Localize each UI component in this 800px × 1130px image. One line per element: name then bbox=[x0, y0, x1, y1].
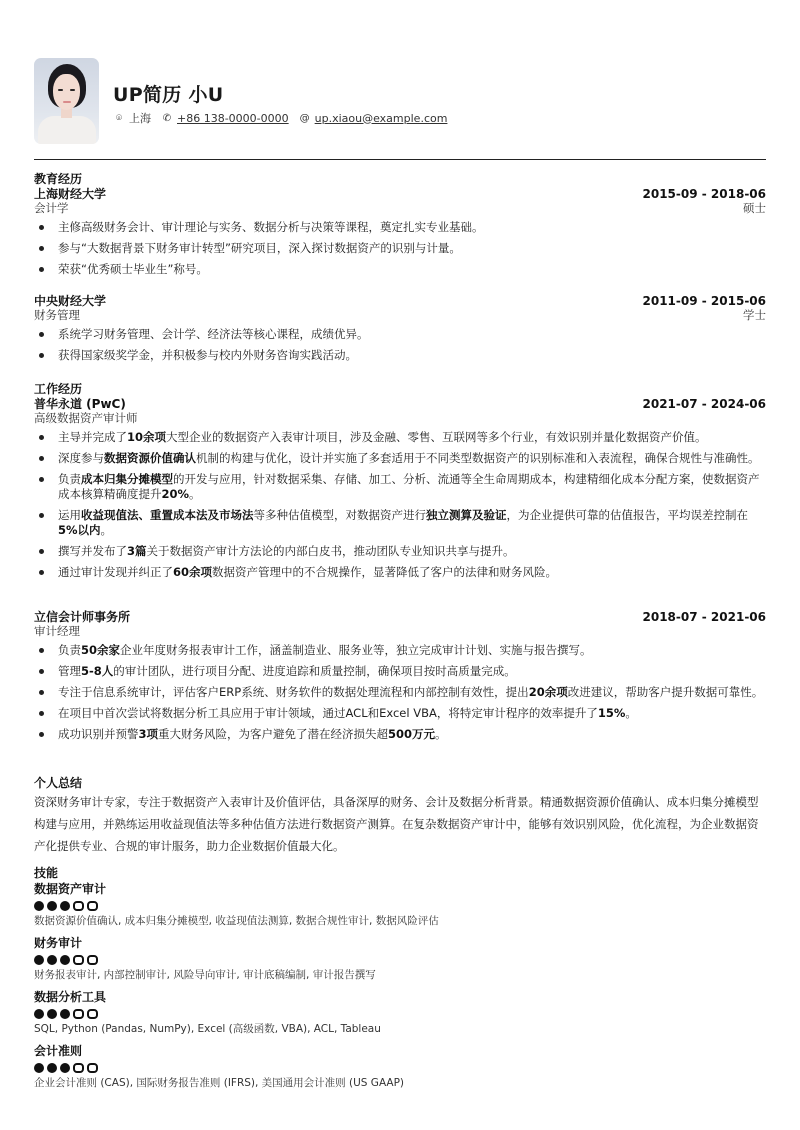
list-item: 负责成本归集分摊模型的开发与应用，针对数据采集、存储、加工、分析、流通等全生命周… bbox=[34, 472, 766, 502]
empty-dot-icon bbox=[87, 1009, 98, 1019]
resume-header: UP简历 小U ⌾ 上海 ✆ +86 138-0000-0000 @ up.xi… bbox=[34, 58, 766, 146]
list-item: 在项目中首次尝试将数据分析工具应用于审计领域，通过ACL和Excel VBA，将… bbox=[34, 706, 766, 721]
skill-level-rating bbox=[34, 955, 766, 965]
date-range: 2021-07 - 2024-06 bbox=[643, 397, 767, 411]
education-section: 教育经历 上海财经大学 2015-09 - 2018-06 会计学 硕士 主修高… bbox=[34, 172, 766, 283]
summary-section: 个人总结 资深财务审计专家，专注于数据资产入表审计及价值评估，具备深厚的财务、会… bbox=[34, 776, 766, 857]
skills-list: 数据资产审计数据资源价值确认, 成本归集分摊模型, 收益现值法测算, 数据合规性… bbox=[34, 881, 766, 1090]
empty-dot-icon bbox=[87, 901, 98, 911]
filled-dot-icon bbox=[60, 1063, 70, 1073]
skill-name: 会计准则 bbox=[34, 1043, 766, 1059]
section-title-summary: 个人总结 bbox=[34, 776, 766, 791]
list-item: 主导并完成了10余项大型企业的数据资产入表审计项目，涉及金融、零售、互联网等多个… bbox=[34, 430, 766, 445]
work-section: 工作经历 普华永道 (PwC) 2021-07 - 2024-06 高级数据资产… bbox=[34, 382, 766, 586]
filled-dot-icon bbox=[34, 1009, 44, 1019]
filled-dot-icon bbox=[60, 955, 70, 965]
list-item: 荣获“优秀硕士毕业生”称号。 bbox=[34, 262, 766, 277]
list-item: 获得国家级奖学金，并积极参与校内外财务咨询实践活动。 bbox=[34, 348, 766, 363]
skill-level-rating bbox=[34, 1009, 766, 1019]
job-title: 高级数据资产审计师 bbox=[34, 411, 138, 426]
education-entry: 中央财经大学 2011-09 - 2015-06 财务管理 学士 系统学习财务管… bbox=[34, 294, 766, 369]
section-title-education: 教育经历 bbox=[34, 172, 766, 187]
skill-name: 财务审计 bbox=[34, 935, 766, 951]
profile-photo bbox=[34, 58, 99, 144]
skills-section: 技能 数据资产审计数据资源价值确认, 成本归集分摊模型, 收益现值法测算, 数据… bbox=[34, 866, 766, 1097]
filled-dot-icon bbox=[60, 901, 70, 911]
school-name: 中央财经大学 bbox=[34, 294, 106, 308]
location-text: 上海 bbox=[129, 110, 151, 126]
filled-dot-icon bbox=[34, 955, 44, 965]
work-bullets: 负责50余家企业年度财务报表审计工作，涵盖制造业、服务业等，独立完成审计计划、实… bbox=[34, 643, 766, 742]
skill-description: SQL, Python (Pandas, NumPy), Excel (高级函数… bbox=[34, 1022, 766, 1036]
major: 会计学 bbox=[34, 201, 69, 216]
section-title-skills: 技能 bbox=[34, 866, 766, 881]
skill-name: 数据分析工具 bbox=[34, 989, 766, 1005]
empty-dot-icon bbox=[73, 1009, 84, 1019]
skill-item: 数据分析工具SQL, Python (Pandas, NumPy), Excel… bbox=[34, 989, 766, 1036]
skill-description: 财务报表审计, 内部控制审计, 风险导向审计, 审计底稿编制, 审计报告撰写 bbox=[34, 968, 766, 982]
empty-dot-icon bbox=[87, 955, 98, 965]
filled-dot-icon bbox=[47, 901, 57, 911]
list-item: 主修高级财务会计、审计理论与实务、数据分析与决策等课程，奠定扎实专业基础。 bbox=[34, 220, 766, 235]
filled-dot-icon bbox=[60, 1009, 70, 1019]
date-range: 2011-09 - 2015-06 bbox=[643, 294, 767, 308]
list-item: 管理5-8人的审计团队，进行项目分配、进度追踪和质量控制，确保项目按时高质量完成… bbox=[34, 664, 766, 679]
list-item: 成功识别并预警3项重大财务风险，为客户避免了潜在经济损失超500万元。 bbox=[34, 727, 766, 742]
list-item: 运用收益现值法、重置成本法及市场法等多种估值模型，对数据资产进行独立测算及验证，… bbox=[34, 508, 766, 538]
skill-description: 企业会计准则 (CAS), 国际财务报告准则 (IFRS), 美国通用会计准则 … bbox=[34, 1076, 766, 1090]
empty-dot-icon bbox=[73, 901, 84, 911]
date-range: 2018-07 - 2021-06 bbox=[643, 610, 767, 624]
company-name: 立信会计师事务所 bbox=[34, 610, 130, 624]
summary-text: 资深财务审计专家，专注于数据资产入表审计及价值评估，具备深厚的财务、会计及数据分… bbox=[34, 791, 766, 857]
list-item: 撰写并发布了3篇关于数据资产审计方法论的内部白皮书，推动团队专业知识共享与提升。 bbox=[34, 544, 766, 559]
skill-item: 会计准则企业会计准则 (CAS), 国际财务报告准则 (IFRS), 美国通用会… bbox=[34, 1043, 766, 1090]
phone-icon: ✆ bbox=[161, 113, 173, 124]
filled-dot-icon bbox=[34, 901, 44, 911]
filled-dot-icon bbox=[47, 955, 57, 965]
phone-link[interactable]: +86 138-0000-0000 bbox=[177, 112, 289, 125]
education-entry: 上海财经大学 2015-09 - 2018-06 会计学 硕士 主修高级财务会计… bbox=[34, 187, 766, 277]
list-item: 参与“大数据背景下财务审计转型”研究项目，深入探讨数据资产的识别与计量。 bbox=[34, 241, 766, 256]
skill-description: 数据资源价值确认, 成本归集分摊模型, 收益现值法测算, 数据合规性审计, 数据… bbox=[34, 914, 766, 928]
company-name: 普华永道 (PwC) bbox=[34, 397, 126, 411]
degree: 硕士 bbox=[743, 201, 766, 216]
header-divider bbox=[34, 159, 766, 160]
work-entry: 立信会计师事务所 2018-07 - 2021-06 审计经理 负责50余家企业… bbox=[34, 610, 766, 748]
filled-dot-icon bbox=[34, 1063, 44, 1073]
major: 财务管理 bbox=[34, 308, 80, 323]
skill-name: 数据资产审计 bbox=[34, 881, 766, 897]
empty-dot-icon bbox=[73, 1063, 84, 1073]
degree: 学士 bbox=[743, 308, 766, 323]
skill-item: 数据资产审计数据资源价值确认, 成本归集分摊模型, 收益现值法测算, 数据合规性… bbox=[34, 881, 766, 928]
list-item: 通过审计发现并纠正了60余项数据资产管理中的不合规操作，显著降低了客户的法律和财… bbox=[34, 565, 766, 580]
list-item: 系统学习财务管理、会计学、经济法等核心课程，成绩优异。 bbox=[34, 327, 766, 342]
job-title: 审计经理 bbox=[34, 624, 80, 639]
skill-level-rating bbox=[34, 1063, 766, 1073]
skill-level-rating bbox=[34, 901, 766, 911]
school-name: 上海财经大学 bbox=[34, 187, 106, 201]
empty-dot-icon bbox=[87, 1063, 98, 1073]
email-link[interactable]: up.xiaou@example.com bbox=[315, 112, 448, 125]
list-item: 负责50余家企业年度财务报表审计工作，涵盖制造业、服务业等，独立完成审计计划、实… bbox=[34, 643, 766, 658]
candidate-name: UP简历 小U bbox=[113, 80, 224, 107]
filled-dot-icon bbox=[47, 1063, 57, 1073]
map-pin-icon: ⌾ bbox=[113, 113, 125, 124]
empty-dot-icon bbox=[73, 955, 84, 965]
filled-dot-icon bbox=[47, 1009, 57, 1019]
list-item: 专注于信息系统审计，评估客户ERP系统、财务软件的数据处理流程和内部控制有效性，… bbox=[34, 685, 766, 700]
work-bullets: 主导并完成了10余项大型企业的数据资产入表审计项目，涉及金融、零售、互联网等多个… bbox=[34, 430, 766, 580]
at-icon: @ bbox=[299, 113, 311, 124]
section-title-work: 工作经历 bbox=[34, 382, 766, 397]
skill-item: 财务审计财务报表审计, 内部控制审计, 风险导向审计, 审计底稿编制, 审计报告… bbox=[34, 935, 766, 982]
list-item: 深度参与数据资源价值确认机制的构建与优化，设计并实施了多套适用于不同类型数据资产… bbox=[34, 451, 766, 466]
contact-line: ⌾ 上海 ✆ +86 138-0000-0000 @ up.xiaou@exam… bbox=[113, 110, 453, 126]
date-range: 2015-09 - 2018-06 bbox=[643, 187, 767, 201]
